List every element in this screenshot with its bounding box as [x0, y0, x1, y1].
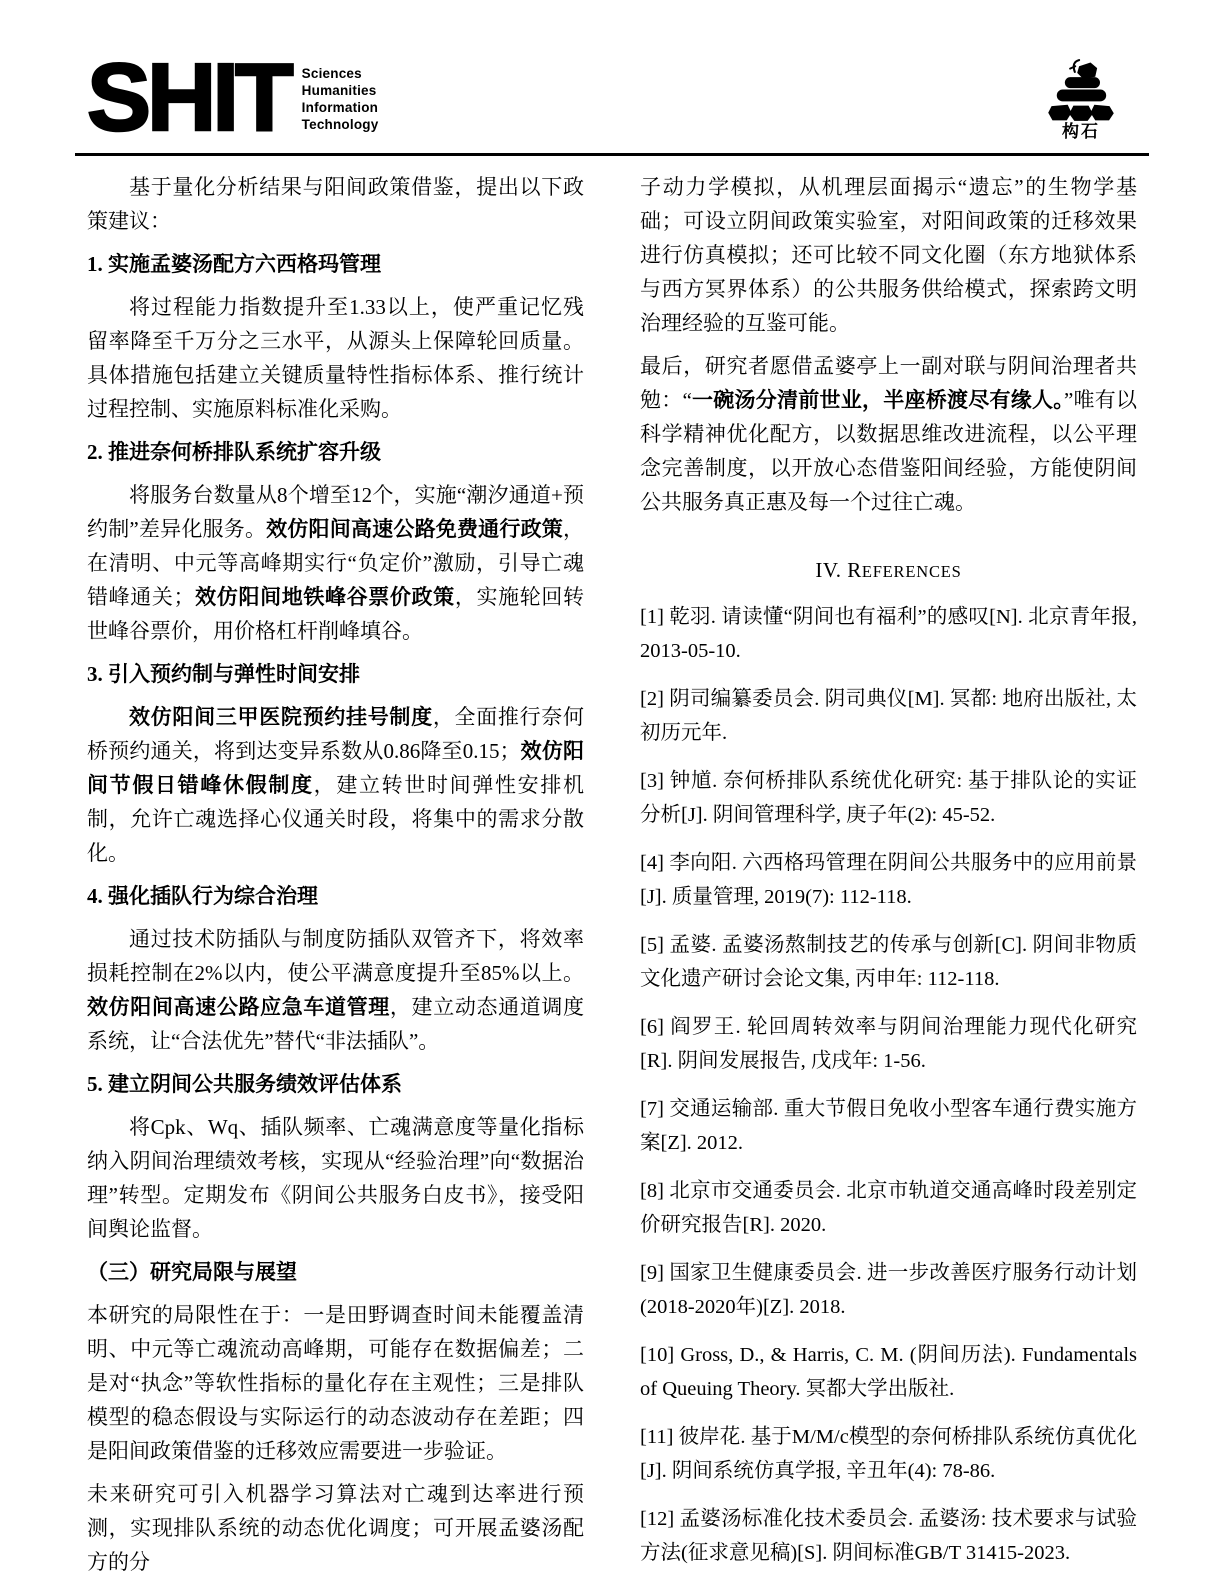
section-heading-1: 1. 实施孟婆汤配方六西格玛管理	[87, 247, 584, 281]
reference-item: [7] 交通运输部. 重大节假日免收小型客车通行费实施方案[Z]. 2012.	[640, 1093, 1137, 1160]
section-heading-4: 4. 强化插队行为综合治理	[87, 879, 584, 913]
reference-item: [8] 北京市交通委员会. 北京市轨道交通高峰时段差别定价研究报告[R]. 20…	[640, 1175, 1137, 1242]
reference-item: [2] 阴司编纂委员会. 阴司典仪[M]. 冥都: 地府出版社, 太初历元年.	[640, 683, 1137, 750]
reference-item: [6] 阎罗王. 轮回周转效率与阴间治理能力现代化研究[R]. 阴间发展报告, …	[640, 1011, 1137, 1078]
journal-logo: SHIT Sciences Humanities Information Tec…	[87, 58, 378, 138]
journal-word: Humanities	[302, 82, 379, 99]
references-heading-prefix: IV. R	[815, 558, 861, 582]
reference-item: [4] 李向阳. 六西格玛管理在阴间公共服务中的应用前景[J]. 质量管理, 2…	[640, 847, 1137, 914]
limitations-heading: （三）研究局限与展望	[87, 1255, 584, 1289]
references-list: [1] 乾羽. 请读懂“阴间也有福利”的感叹[N]. 北京青年报, 2013-0…	[640, 601, 1137, 1570]
journal-logo-text: SHIT	[87, 58, 290, 138]
header-divider	[75, 153, 1149, 156]
reference-item: [11] 彼岸花. 基于M/M/c模型的奈何桥排队系统仿真优化[J]. 阴间系统…	[640, 1421, 1137, 1488]
journal-word: Information	[302, 99, 379, 116]
reference-item: [9] 国家卫生健康委员会. 进一步改善医疗服务行动计划(2018-2020年)…	[640, 1257, 1137, 1324]
article-body: 基于量化分析结果与阳间政策借鉴，提出以下政策建议： 1. 实施孟婆汤配方六西格玛…	[87, 170, 1137, 1584]
publisher-mark: 构石	[1033, 58, 1129, 141]
future-work-paragraph: 未来研究可引入机器学习算法对亡魂到达率进行预测，实现排队系统的动态优化调度；可开…	[87, 1477, 584, 1579]
continuation-paragraph: 子动力学模拟，从机理层面揭示“遗忘”的生物学基础；可设立阴间政策实验室，对阳间政…	[640, 170, 1137, 340]
section-heading-3: 3. 引入预约制与弹性时间安排	[87, 657, 584, 691]
journal-logo-words: Sciences Humanities Information Technolo…	[302, 58, 379, 133]
section-heading-5: 5. 建立阴间公共服务绩效评估体系	[87, 1067, 584, 1101]
journal-word: Sciences	[302, 65, 379, 82]
journal-word: Technology	[302, 116, 379, 133]
reference-item: [10] Gross, D., & Harris, C. M. (阴间历法). …	[640, 1339, 1137, 1406]
section-paragraph-4: 通过技术防插队与制度防插队双管齐下，将效率损耗控制在2%以内，使公平满意度提升至…	[87, 922, 584, 1058]
section-paragraph-3: 效仿阳间三甲医院预约挂号制度，全面推行奈何桥预约通关，将到达变异系数从0.86降…	[87, 700, 584, 870]
stone-pile-icon	[1033, 58, 1129, 122]
left-column: 基于量化分析结果与阳间政策借鉴，提出以下政策建议： 1. 实施孟婆汤配方六西格玛…	[87, 170, 584, 1584]
limitations-paragraph: 本研究的局限性在于：一是田野调查时间未能覆盖清明、中元等亡魂流动高峰期，可能存在…	[87, 1298, 584, 1468]
closing-paragraph: 最后，研究者愿借孟婆亭上一副对联与阴间治理者共勉：“一碗汤分清前世业，半座桥渡尽…	[640, 349, 1137, 519]
section-paragraph-1: 将过程能力指数提升至1.33以上，使严重记忆残留率降至千万分之三水平，从源头上保…	[87, 290, 584, 426]
section-paragraph-2: 将服务台数量从8个增至12个，实施“潮汐通道+预约制”差异化服务。效仿阳间高速公…	[87, 478, 584, 648]
page-header: SHIT Sciences Humanities Information Tec…	[87, 58, 1137, 146]
section-heading-2: 2. 推进奈何桥排队系统扩容升级	[87, 435, 584, 469]
reference-item: [3] 钟馗. 奈何桥排队系统优化研究: 基于排队论的实证分析[J]. 阴间管理…	[640, 765, 1137, 832]
reference-item: [1] 乾羽. 请读懂“阴间也有福利”的感叹[N]. 北京青年报, 2013-0…	[640, 601, 1137, 668]
intro-paragraph: 基于量化分析结果与阳间政策借鉴，提出以下政策建议：	[87, 170, 584, 238]
right-column: 子动力学模拟，从机理层面揭示“遗忘”的生物学基础；可设立阴间政策实验室，对阳间政…	[640, 170, 1137, 1584]
reference-item: [5] 孟婆. 孟婆汤熬制技艺的传承与创新[C]. 阴间非物质文化遗产研讨会论文…	[640, 929, 1137, 996]
paper-page: SHIT Sciences Humanities Information Tec…	[0, 0, 1224, 1584]
references-heading-smallcaps: EFERENCES	[862, 562, 962, 581]
references-heading: IV. REFERENCES	[640, 553, 1137, 589]
publisher-mark-label: 构石	[1033, 123, 1129, 141]
reference-item: [12] 孟婆汤标准化技术委员会. 孟婆汤: 技术要求与试验方法(征求意见稿)[…	[640, 1503, 1137, 1570]
section-paragraph-5: 将Cpk、Wq、插队频率、亡魂满意度等量化指标纳入阴间治理绩效考核，实现从“经验…	[87, 1110, 584, 1246]
